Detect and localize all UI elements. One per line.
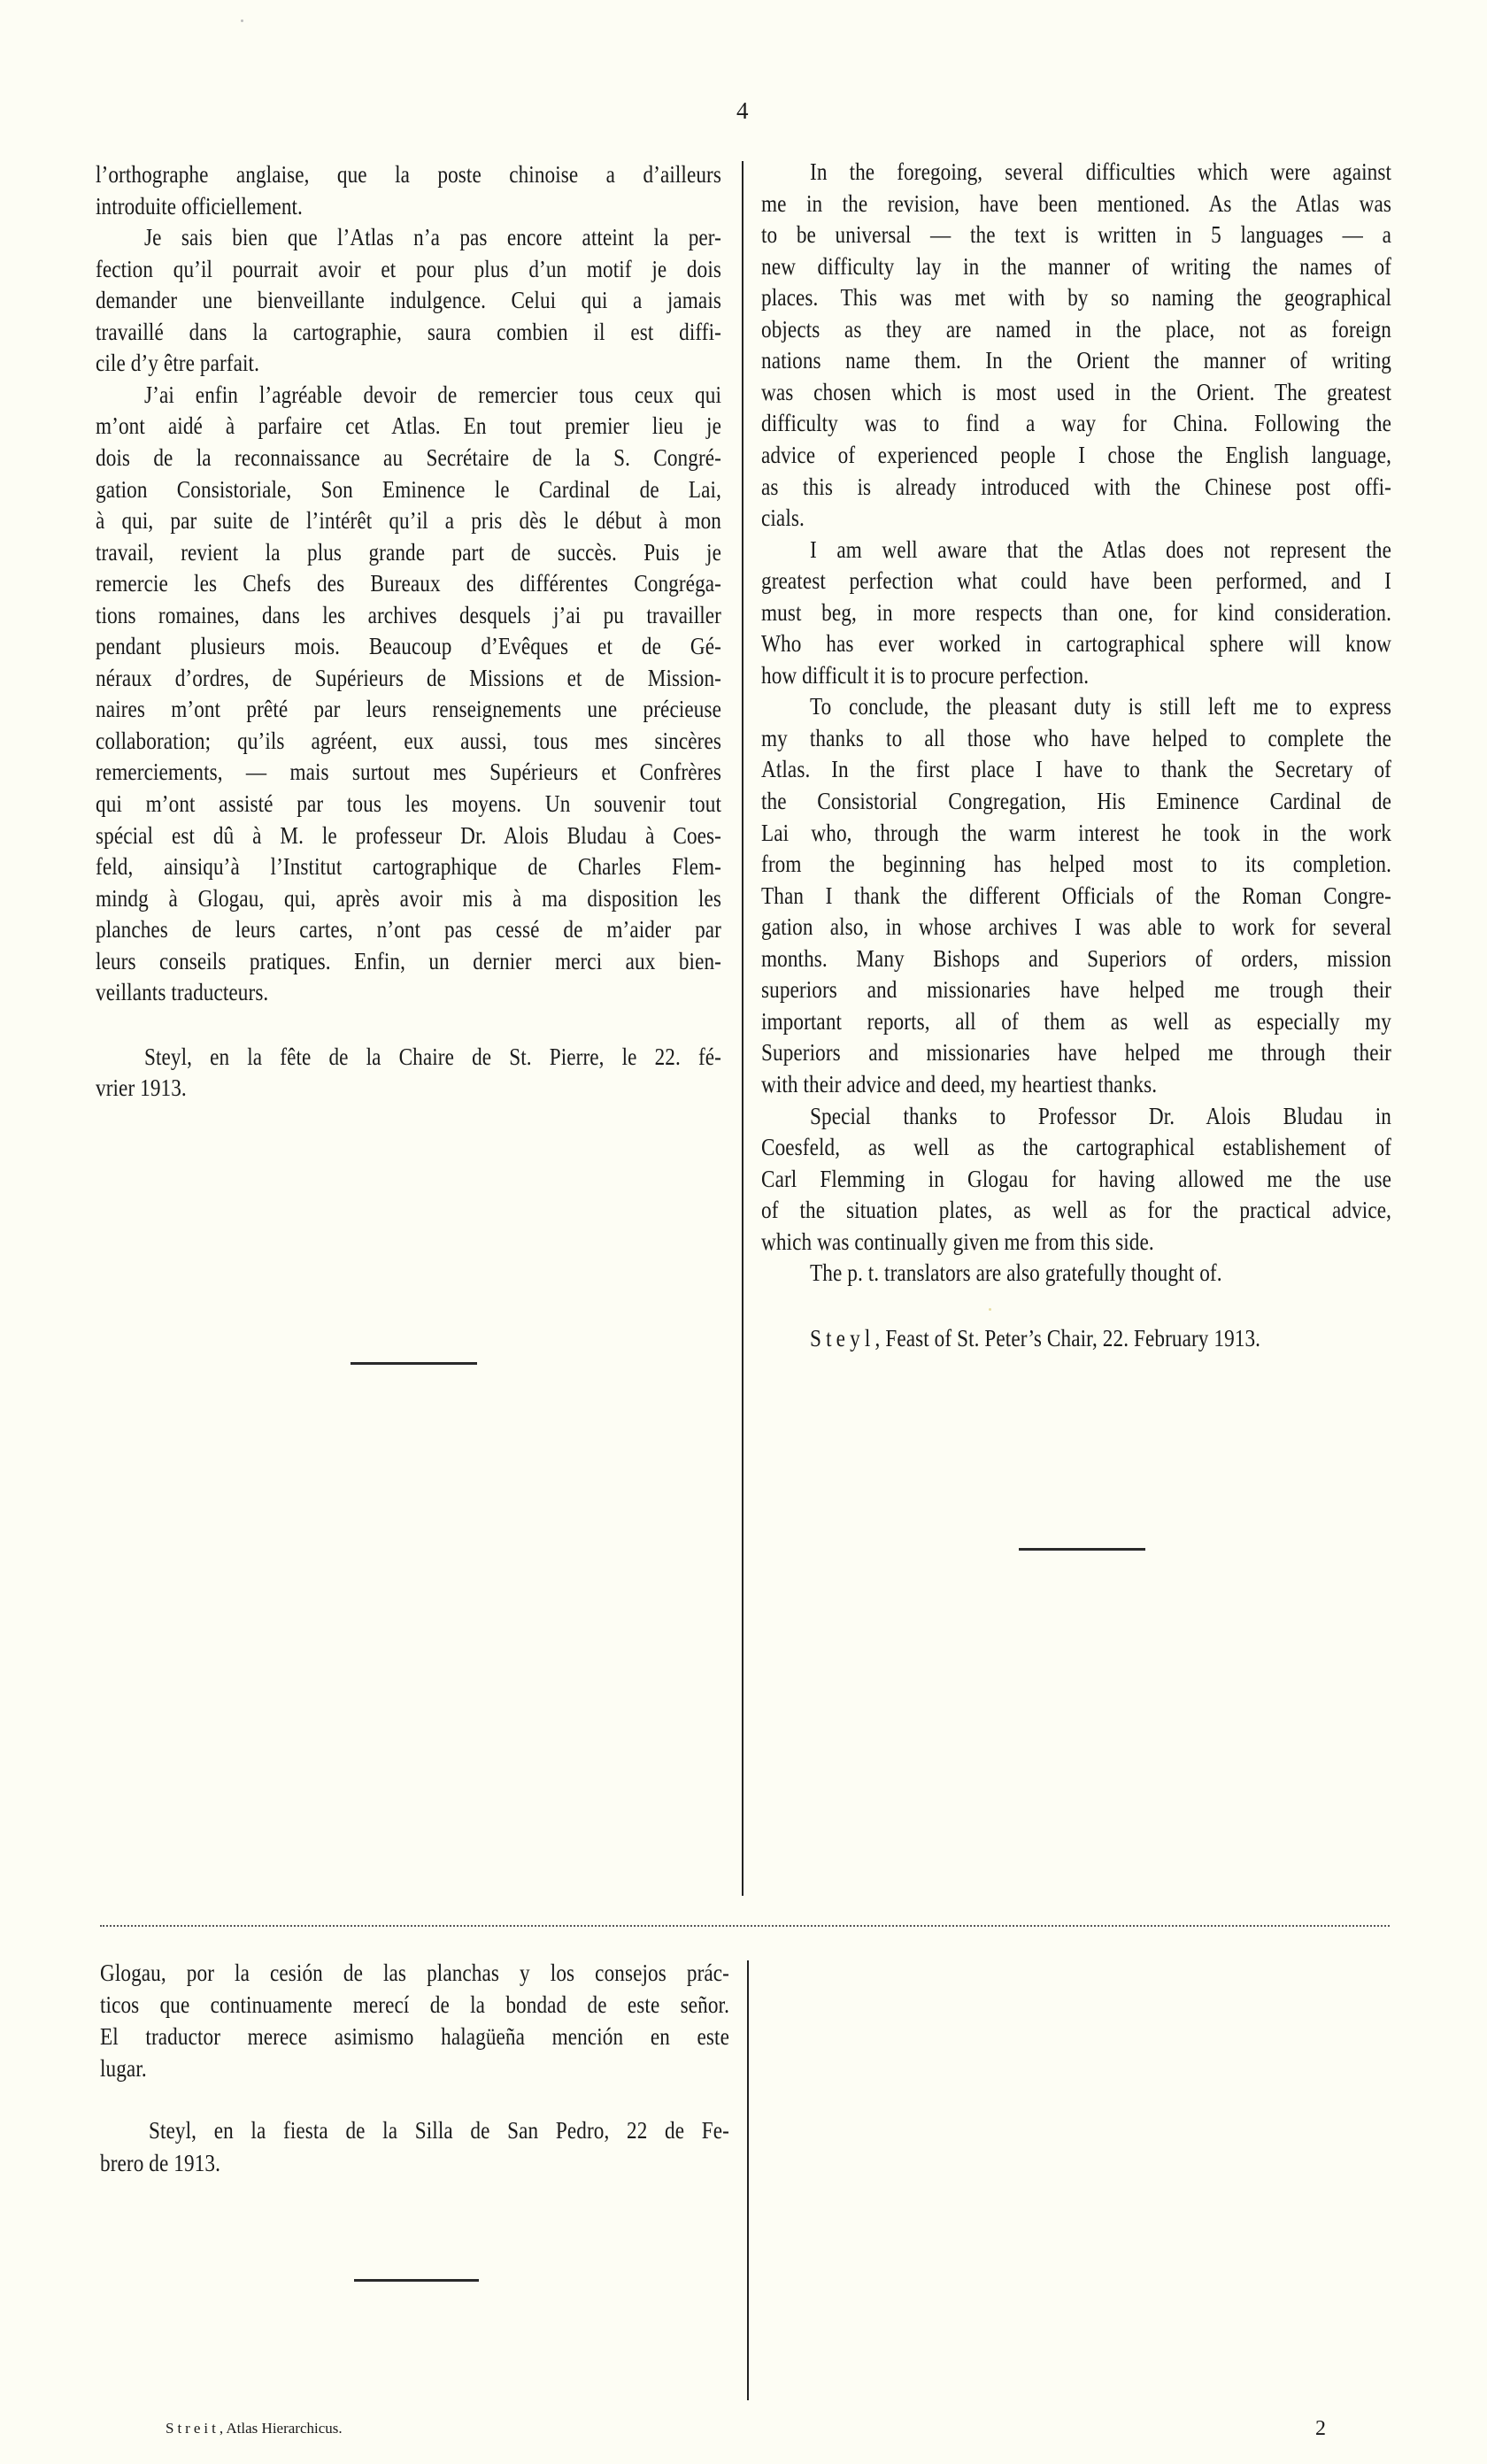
text-line: advice of experienced people I chose the…: [761, 443, 1391, 470]
left-end-rule: [351, 1362, 477, 1365]
text-line: cials.: [761, 506, 805, 530]
text-line: travaillé dans la cartographie, saura co…: [96, 320, 721, 347]
section-separator-rule: [100, 1925, 1390, 1927]
text-line: Atlas. In the first place I have to than…: [761, 758, 1391, 784]
text-line: must beg, in more respects than one, for…: [761, 601, 1391, 628]
text-line: Special thanks to Professor Dr. Alois Bl…: [810, 1105, 1391, 1131]
text-line: pendant plusieurs mois. Beaucoup d’Evêqu…: [96, 635, 721, 661]
text-line: Glogau, por la cesión de las planchas y …: [100, 1961, 729, 1988]
text-line: gation also, in whose archives I was abl…: [761, 915, 1391, 942]
text-line: Who has ever worked in cartographical sp…: [761, 632, 1391, 658]
text-line: months. Many Bishops and Superiors of or…: [761, 947, 1391, 974]
text-line: demander une bienveillante indulgence. C…: [96, 289, 721, 315]
page-number: 4: [736, 99, 749, 123]
text-line: cile d’y être parfait.: [96, 351, 259, 375]
text-line: as this is already introduced with the C…: [761, 475, 1391, 502]
right-end-rule: [1019, 1548, 1145, 1551]
footer-author: Streit: [166, 2420, 220, 2437]
text-line: from the beginning has helped most to it…: [761, 852, 1391, 879]
text-line: superiors and missionaries have helped m…: [761, 978, 1391, 1005]
text-line: In the foregoing, several difficulties w…: [810, 160, 1391, 187]
footer-book-title: Streit, Atlas Hierarchicus.: [166, 2421, 343, 2436]
text-line: J’ai enfin l’agréable devoir de remercie…: [144, 383, 721, 410]
column-divider-lower: [747, 1960, 749, 2400]
text-line: nations name them. In the Orient the man…: [761, 349, 1391, 375]
text-line: difficulty was to find a way for China. …: [761, 412, 1391, 438]
signature-line: Steyl, Feast of St. Peter’s Chair, 22. F…: [810, 1327, 1260, 1351]
text-line: introduite officiellement.: [96, 195, 303, 219]
text-line: me in the revision, have been mentioned.…: [761, 192, 1391, 219]
text-line: new difficulty lay in the manner of writ…: [761, 255, 1391, 281]
text-line: l’orthographe anglaise, que la poste chi…: [96, 163, 721, 189]
lower-left-end-rule: [354, 2279, 479, 2282]
text-line: m’ont aidé à parfaire cet Atlas. En tout…: [96, 414, 721, 441]
text-line: tions romaines, dans les archives desque…: [96, 604, 721, 630]
text-line: Than I thank the different Officials of …: [761, 884, 1391, 911]
text-line: fection qu’il pourrait avoir et pour plu…: [96, 258, 721, 284]
text-line: of the situation plates, as well as for …: [761, 1198, 1391, 1225]
signature-line: Steyl, en la fête de la Chaire de St. Pi…: [144, 1045, 721, 1072]
text-line: leurs conseils pratiques. Enfin, un dern…: [96, 950, 721, 976]
text-line: planches de leurs cartes, n’ont pas cess…: [96, 918, 721, 944]
text-line: how difficult it is to procure perfectio…: [761, 664, 1089, 688]
text-line: to be universal — the text is written in…: [761, 223, 1391, 250]
text-line: Lai who, through the warm interest he to…: [761, 821, 1391, 848]
column-divider-upper: [742, 161, 743, 1896]
text-line: with their advice and deed, my heartiest…: [761, 1073, 1157, 1097]
text-line: To conclude, the pleasant duty is still …: [810, 695, 1391, 721]
paper-speck: [989, 1308, 991, 1311]
text-line: Superiors and missionaries have helped m…: [761, 1041, 1391, 1067]
text-line: à qui, par suite de l’intérêt qu’il a pr…: [96, 509, 721, 535]
signature-line: Steyl, en la fiesta de la Silla de San P…: [149, 2119, 729, 2145]
text-line: qui m’ont assisté par tous les moyens. U…: [96, 792, 721, 819]
text-line: The p. t. translators are also gratefull…: [810, 1261, 1222, 1285]
text-line: Je sais bien que l’Atlas n’a pas encore …: [144, 226, 721, 252]
text-line: objects as they are named in the place, …: [761, 318, 1391, 344]
text-line: lugar.: [100, 2057, 147, 2081]
signature-date: , Feast of St. Peter’s Chair, 22. Februa…: [875, 1325, 1261, 1351]
text-line: Coesfeld, as well as the cartographical …: [761, 1136, 1391, 1162]
text-line: néraux d’ordres, de Supérieurs de Missio…: [96, 666, 721, 693]
sheet-number: 2: [1315, 2418, 1326, 2439]
footer-title: , Atlas Hierarchicus.: [220, 2420, 343, 2437]
text-line: which was continually given me from this…: [761, 1230, 1154, 1254]
text-line: greatest perfection what could have been…: [761, 569, 1391, 596]
text-line: mindg à Glogau, qui, après avoir mis à m…: [96, 887, 721, 913]
text-line: the Consistorial Congregation, His Emine…: [761, 789, 1391, 816]
text-line: spécial est dû à M. le professeur Dr. Al…: [96, 824, 721, 851]
text-line: remercie les Chefs des Bureaux des diffé…: [96, 572, 721, 598]
text-line: travail, revient la plus grande part de …: [96, 541, 721, 567]
text-line: was chosen which is most used in the Ori…: [761, 381, 1391, 407]
text-line: important reports, all of them as well a…: [761, 1010, 1391, 1036]
text-line: places. This was met with by so naming t…: [761, 286, 1391, 312]
text-line: ticos que continuamente merecí de la bon…: [100, 1993, 729, 2020]
text-line: feld, ainsiqu’à l’Institut cartographiqu…: [96, 855, 721, 882]
text-line: naires m’ont prêté par leurs renseigneme…: [96, 697, 721, 724]
text-line: veillants traducteurs.: [96, 981, 268, 1005]
text-line: collaboration; qu’ils agréent, eux aussi…: [96, 729, 721, 756]
text-line: dois de la reconnaissance au Secrétaire …: [96, 446, 721, 473]
text-line: gation Consistoriale, Son Eminence le Ca…: [96, 478, 721, 504]
text-line: El traductor merece asimismo halagüeña m…: [100, 2025, 729, 2052]
signature-line: brero de 1913.: [100, 2152, 220, 2175]
text-line: remerciements, — mais surtout mes Supéri…: [96, 760, 721, 787]
text-line: Carl Flemming in Glogau for having allow…: [761, 1167, 1391, 1194]
text-line: my thanks to all those who have helped t…: [761, 727, 1391, 753]
signature-place: Steyl: [810, 1325, 875, 1351]
signature-line: vrier 1913.: [96, 1076, 187, 1100]
text-line: I am well aware that the Atlas does not …: [810, 538, 1391, 565]
paper-speck: [241, 19, 243, 22]
